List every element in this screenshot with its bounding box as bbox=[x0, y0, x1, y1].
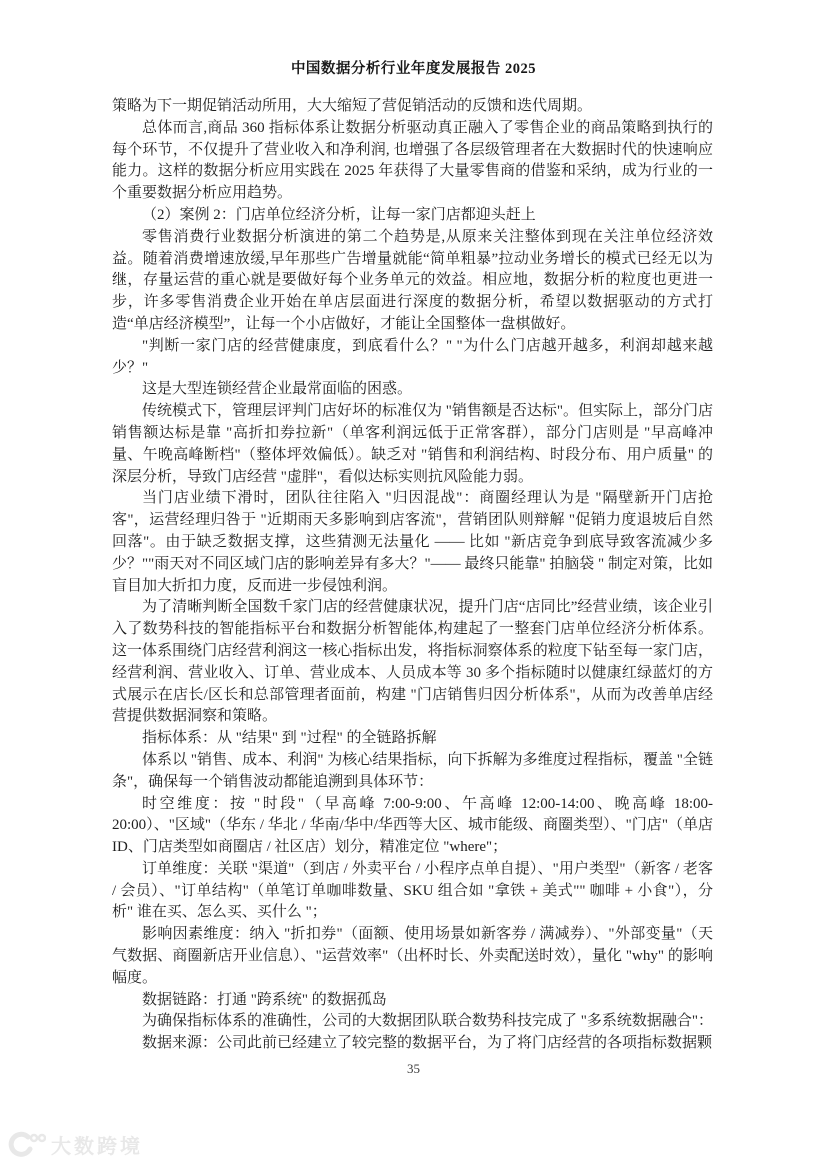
body-paragraph: 数据来源：公司此前已经建立了较完整的数据平台，为了将门店经营的各项指标数据颗 bbox=[112, 1033, 713, 1055]
body-paragraph: 订单维度：关联 "渠道"（到店 / 外卖平台 / 小程序点单自提）、"用户类型"… bbox=[112, 859, 713, 924]
body-paragraph: 策略为下一期促销活动所用，大大缩短了营促销活动的反馈和迭代周期。 bbox=[112, 96, 713, 118]
body-paragraph: 这是大型连锁经营企业最常面临的困惑。 bbox=[112, 379, 713, 401]
document-body: 策略为下一期促销活动所用，大大缩短了营促销活动的反馈和迭代周期。 总体而言,商品… bbox=[112, 96, 713, 1055]
body-paragraph: 总体而言,商品 360 指标体系让数据分析驱动真正融入了零售企业的商品策略到执行… bbox=[112, 118, 713, 205]
body-paragraph: 当门店业绩下滑时，团队往往陷入 "归因混战"：商圈经理认为是 "隔壁新开门店抢客… bbox=[112, 488, 713, 597]
page-number: 35 bbox=[0, 1061, 827, 1077]
body-paragraph: 时空维度：按 "时段"（早高峰 7:00-9:00、午高峰 12:00-14:0… bbox=[112, 794, 713, 859]
body-paragraph: "判断一家门店的经营健康度，到底看什么？" "为什么门店越开越多，利润却越来越少… bbox=[112, 336, 713, 380]
body-paragraph-indicator-heading: 指标体系：从 "结果" 到 "过程" 的全链路拆解 bbox=[112, 728, 713, 750]
document-page: 中国数据分析行业年度发展报告 2025 策略为下一期促销活动所用，大大缩短了营促… bbox=[0, 0, 827, 1169]
body-paragraph-case2-heading: （2）案例 2：门店单位经济分析，让每一家门店都迎头赶上 bbox=[112, 205, 713, 227]
body-paragraph: 体系以 "销售、成本、利润" 为核心结果指标，向下拆解为多维度过程指标，覆盖 "… bbox=[112, 750, 713, 794]
page-header-title: 中国数据分析行业年度发展报告 2025 bbox=[0, 57, 827, 78]
body-paragraph: 零售消费行业数据分析演进的第二个趋势是,从原来关注整体到现在关注单位经济效益。随… bbox=[112, 227, 713, 336]
body-paragraph: 为了清晰判断全国数千家门店的经营健康状况，提升门店“店同比”经营业绩，该企业引入… bbox=[112, 597, 713, 728]
body-paragraph: 影响因素维度：纳入 "折扣券"（面额、使用场景如新客券 / 满减券）、"外部变量… bbox=[112, 924, 713, 989]
watermark: 大数跨境 bbox=[8, 1130, 143, 1159]
smiley-brand-logo-icon bbox=[8, 1131, 46, 1159]
watermark-text: 大数跨境 bbox=[51, 1130, 143, 1159]
body-paragraph-datalink-heading: 数据链路：打通 "跨系统" 的数据孤岛 bbox=[112, 990, 713, 1012]
body-paragraph: 传统模式下，管理层评判门店好坏的标准仅为 "销售额是否达标"。但实际上，部分门店… bbox=[112, 401, 713, 488]
body-paragraph: 为确保指标体系的准确性，公司的大数据团队联合数势科技完成了 "多系统数据融合"： bbox=[112, 1011, 713, 1033]
